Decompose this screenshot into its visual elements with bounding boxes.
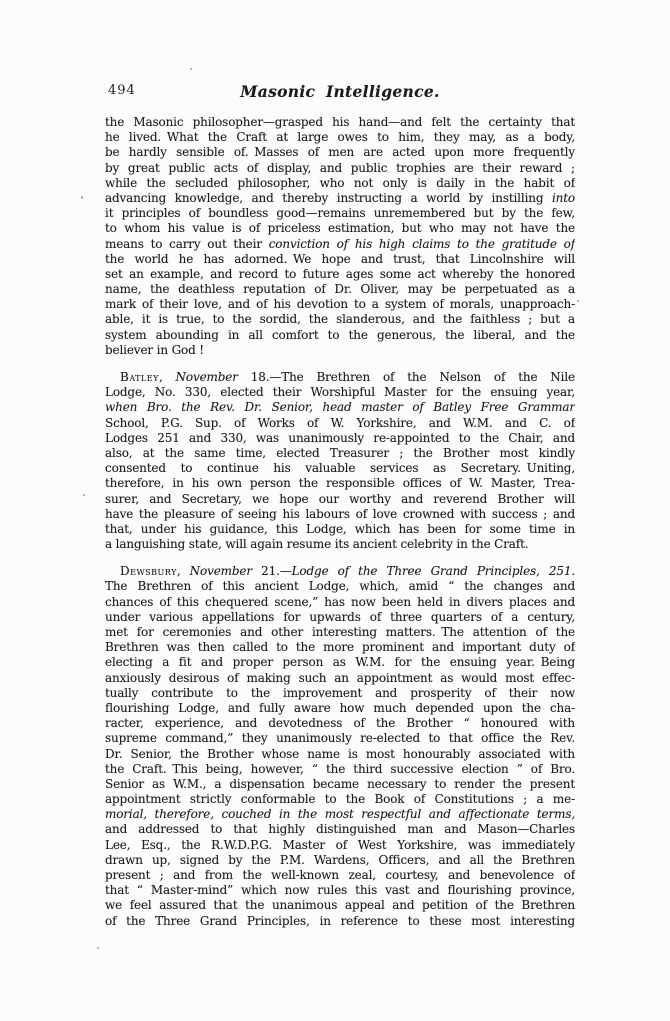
text-line: Batley, November 18.—The Brethren of the…: [105, 370, 575, 385]
text-line: surer, and Secretary, we hope our worthy…: [105, 492, 575, 507]
text-segment: therefore, in his own person the respons…: [105, 476, 575, 490]
text-segment: met for ceremonies and other interesting…: [105, 625, 575, 639]
text-line: under various appellations for upwards o…: [105, 610, 575, 625]
text-segment: electing a fit and proper person as W.M.…: [105, 655, 575, 669]
text-line: that, under his guidance, this Lodge, wh…: [105, 522, 575, 537]
text-segment: flourishing Lodge, and fully aware how m…: [105, 701, 575, 715]
text-line: able, it is true, to the sordid, the sla…: [105, 312, 575, 327]
text-segment: Dewsbury: [120, 564, 177, 578]
text-segment: set an example, and record to future age…: [105, 267, 575, 281]
text-line: of the Three Grand Principles, in refere…: [105, 914, 575, 929]
text-line: Dr. Senior, the Brother whose name is mo…: [105, 747, 575, 762]
scanned-page: 494 Masonic Intelligence. the Masonic ph…: [0, 0, 670, 1021]
text-line: tually contribute to the improvement and…: [105, 686, 575, 701]
text-line: set an example, and record to future age…: [105, 267, 575, 282]
text-segment: the world he has adorned. We hope and tr…: [105, 252, 575, 266]
text-segment: the Craft. This being, however, “ the th…: [105, 762, 575, 776]
text-segment: racter, experience, and devotedness of t…: [105, 716, 575, 730]
text-segment: be hardly sensible of. Masses of men are…: [105, 145, 575, 159]
paragraph: the Masonic philosopher—grasped his hand…: [105, 115, 575, 358]
page-header: 494 Masonic Intelligence.: [105, 82, 575, 100]
text-segment: name, the deathless reputation of Dr. Ol…: [105, 282, 575, 296]
text-line: appointment strictly conformable to the …: [105, 792, 575, 807]
text-line: to whom his value is of priceless estima…: [105, 221, 575, 236]
text-line: also, at the same time, elected Treasure…: [105, 446, 575, 461]
text-segment: under various appellations for upwards o…: [105, 610, 575, 624]
text-segment: that “ Master-mind” which now rules this…: [105, 883, 575, 897]
text-segment: tually contribute to the improvement and…: [105, 686, 575, 700]
running-title: Masonic Intelligence.: [105, 82, 575, 101]
text-segment: by great public acts of display, and pub…: [105, 161, 575, 175]
text-segment: November: [190, 564, 252, 578]
text-segment: when Bro. the Rev. Dr. Senior, head mast…: [105, 400, 575, 414]
text-line: when Bro. the Rev. Dr. Senior, head mast…: [105, 400, 575, 415]
text-segment: mark of their love, and of his devotion …: [105, 297, 575, 311]
text-segment: Senior as W.M., a dispensation became ne…: [105, 777, 575, 791]
text-line: name, the deathless reputation of Dr. Ol…: [105, 282, 575, 297]
text-segment: also, at the same time, elected Treasure…: [105, 446, 575, 460]
text-line: it principles of boundless good—remains …: [105, 206, 575, 221]
scan-speck: [97, 947, 99, 949]
text-segment: that, under his guidance, this Lodge, wh…: [105, 522, 575, 536]
text-segment: able, it is true, to the sordid, the sla…: [105, 312, 575, 326]
text-segment: Lee, Esq., the R.W.D.P.G. Master of West…: [105, 838, 575, 852]
text-segment: 21.—: [252, 564, 292, 578]
text-line: Senior as W.M., a dispensation became ne…: [105, 777, 575, 792]
text-line: anxiously desirous of making such an app…: [105, 671, 575, 686]
text-segment: appointment strictly conformable to the …: [105, 792, 575, 806]
text-line: met for ceremonies and other interesting…: [105, 625, 575, 640]
text-line: by great public acts of display, and pub…: [105, 161, 575, 176]
text-segment: surer, and Secretary, we hope our worthy…: [105, 492, 575, 506]
text-segment: The Brethren of this ancient Lodge, whic…: [105, 579, 575, 593]
text-segment: a languishing state, will again resume i…: [105, 537, 528, 551]
text-segment: ,: [177, 564, 190, 578]
text-segment: it principles of boundless good—remains …: [105, 206, 575, 220]
paragraph: Batley, November 18.—The Brethren of the…: [105, 370, 575, 552]
text-line: consented to continue his valuable servi…: [105, 461, 575, 476]
text-line: Dewsbury, November 21.—Lodge of the Thre…: [105, 564, 575, 579]
text-line: electing a fit and proper person as W.M.…: [105, 655, 575, 670]
text-segment: Lodge of the Three Grand Principles, 251…: [292, 564, 575, 578]
text-line: means to carry out their conviction of h…: [105, 237, 575, 252]
text-segment: Brethren was then called to the more pro…: [105, 640, 575, 654]
text-segment: morial, therefore, couched in the most r…: [105, 807, 575, 821]
paragraph: Dewsbury, November 21.—Lodge of the Thre…: [105, 564, 575, 929]
text-segment: chances of this chequered scene,” has no…: [105, 595, 575, 609]
text-segment: anxiously desirous of making such an app…: [105, 671, 575, 685]
text-line: drawn up, signed by the P.M. Wardens, Of…: [105, 853, 575, 868]
text-line: Lodge, No. 330, elected their Worshipful…: [105, 385, 575, 400]
text-line: chances of this chequered scene,” has no…: [105, 595, 575, 610]
text-line: The Brethren of this ancient Lodge, whic…: [105, 579, 575, 594]
text-segment: conviction of his high claims to the gra…: [269, 237, 575, 251]
text-segment: while the secluded philosopher, who not …: [105, 176, 575, 190]
text-line: the Masonic philosopher—grasped his hand…: [105, 115, 575, 130]
text-line: that “ Master-mind” which now rules this…: [105, 883, 575, 898]
text-segment: Batley: [120, 370, 159, 384]
text-line: supreme command,” they unanimously re-el…: [105, 731, 575, 746]
text-segment: system abounding in all comfort to the g…: [105, 328, 575, 342]
text-line: therefore, in his own person the respons…: [105, 476, 575, 491]
text-segment: drawn up, signed by the P.M. Wardens, Of…: [105, 853, 575, 867]
text-line: the Craft. This being, however, “ the th…: [105, 762, 575, 777]
text-segment: ,: [159, 370, 176, 384]
text-segment: supreme command,” they unanimously re-el…: [105, 731, 575, 745]
text-segment: Lodges 251 and 330, was unanimously re-a…: [105, 431, 575, 445]
text-line: present ; and from the well-known zeal, …: [105, 868, 575, 883]
text-segment: means to carry out their: [105, 237, 269, 251]
text-segment: of the Three Grand Principles, in refere…: [105, 914, 575, 928]
scan-speck: [83, 494, 85, 496]
text-segment: have the pleasure of seeing his labours …: [105, 507, 575, 521]
scan-speck: [81, 196, 83, 199]
text-segment: into: [552, 191, 575, 205]
text-segment: Lodge, No. 330, elected their Worshipful…: [105, 385, 575, 399]
text-segment: School, P.G. Sup. of Works of W. Yorkshi…: [105, 416, 575, 430]
text-block: the Masonic philosopher—grasped his hand…: [105, 115, 575, 929]
text-line: believer in God !: [105, 343, 575, 358]
text-segment: consented to continue his valuable servi…: [105, 461, 575, 475]
text-line: he lived. What the Craft at large owes t…: [105, 130, 575, 145]
text-segment: believer in God !: [105, 343, 204, 357]
text-segment: advancing knowledge, and thereby instruc…: [105, 191, 552, 205]
text-line: advancing knowledge, and thereby instruc…: [105, 191, 575, 206]
text-segment: present ; and from the well-known zeal, …: [105, 868, 575, 882]
text-line: while the secluded philosopher, who not …: [105, 176, 575, 191]
text-line: and addressed to that highly distinguish…: [105, 822, 575, 837]
text-segment: to whom his value is of priceless estima…: [105, 221, 575, 235]
text-line: we feel assured that the unanimous appea…: [105, 898, 575, 913]
text-line: have the pleasure of seeing his labours …: [105, 507, 575, 522]
text-line: Brethren was then called to the more pro…: [105, 640, 575, 655]
text-segment: 18.—The Brethren of the Nelson of the Ni…: [238, 370, 575, 384]
text-line: School, P.G. Sup. of Works of W. Yorkshi…: [105, 416, 575, 431]
page-number: 494: [108, 83, 136, 98]
text-line: a languishing state, will again resume i…: [105, 537, 575, 552]
text-line: mark of their love, and of his devotion …: [105, 297, 575, 312]
text-segment: the Masonic philosopher—grasped his hand…: [105, 115, 575, 129]
text-segment: November: [176, 370, 238, 384]
text-segment: and addressed to that highly distinguish…: [105, 822, 575, 836]
text-line: be hardly sensible of. Masses of men are…: [105, 145, 575, 160]
text-line: flourishing Lodge, and fully aware how m…: [105, 701, 575, 716]
text-line: morial, therefore, couched in the most r…: [105, 807, 575, 822]
text-line: Lodges 251 and 330, was unanimously re-a…: [105, 431, 575, 446]
text-segment: we feel assured that the unanimous appea…: [105, 898, 575, 912]
text-line: racter, experience, and devotedness of t…: [105, 716, 575, 731]
text-line: Lee, Esq., the R.W.D.P.G. Master of West…: [105, 838, 575, 853]
scan-speck: [190, 68, 192, 70]
text-line: the world he has adorned. We hope and tr…: [105, 252, 575, 267]
text-line: system abounding in all comfort to the g…: [105, 328, 575, 343]
scan-speck: [577, 300, 579, 302]
text-segment: he lived. What the Craft at large owes t…: [105, 130, 575, 144]
text-segment: Dr. Senior, the Brother whose name is mo…: [105, 747, 575, 761]
